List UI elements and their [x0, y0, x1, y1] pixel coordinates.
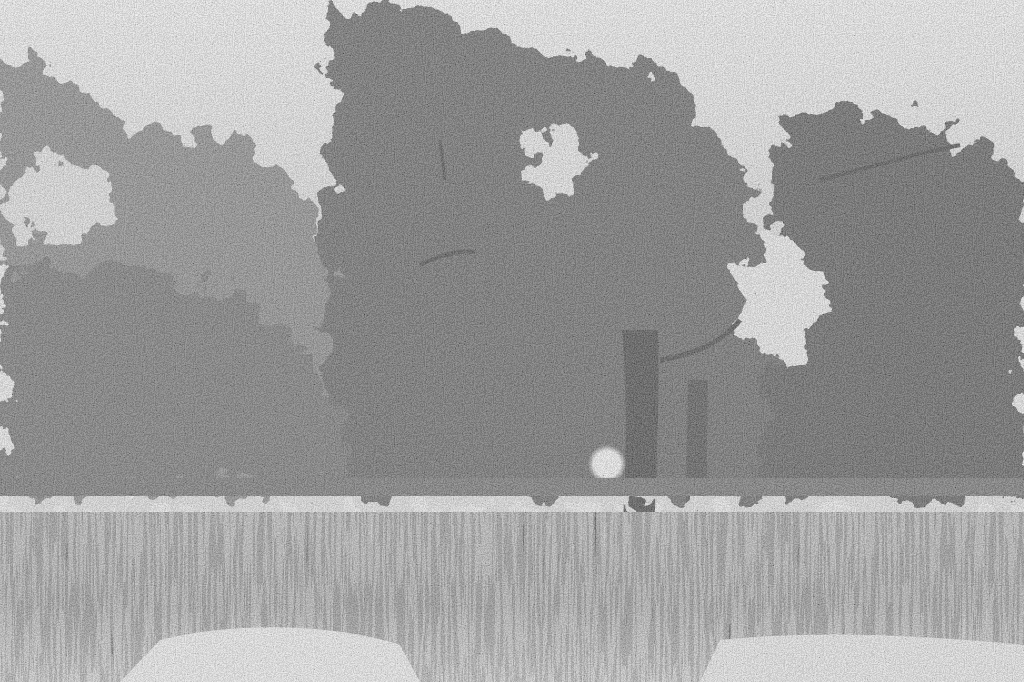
scene-artwork: [0, 0, 1024, 682]
photo-scene: Heavily grainy, high-contrast black-and-…: [0, 0, 1024, 682]
film-grain: [0, 0, 1024, 682]
